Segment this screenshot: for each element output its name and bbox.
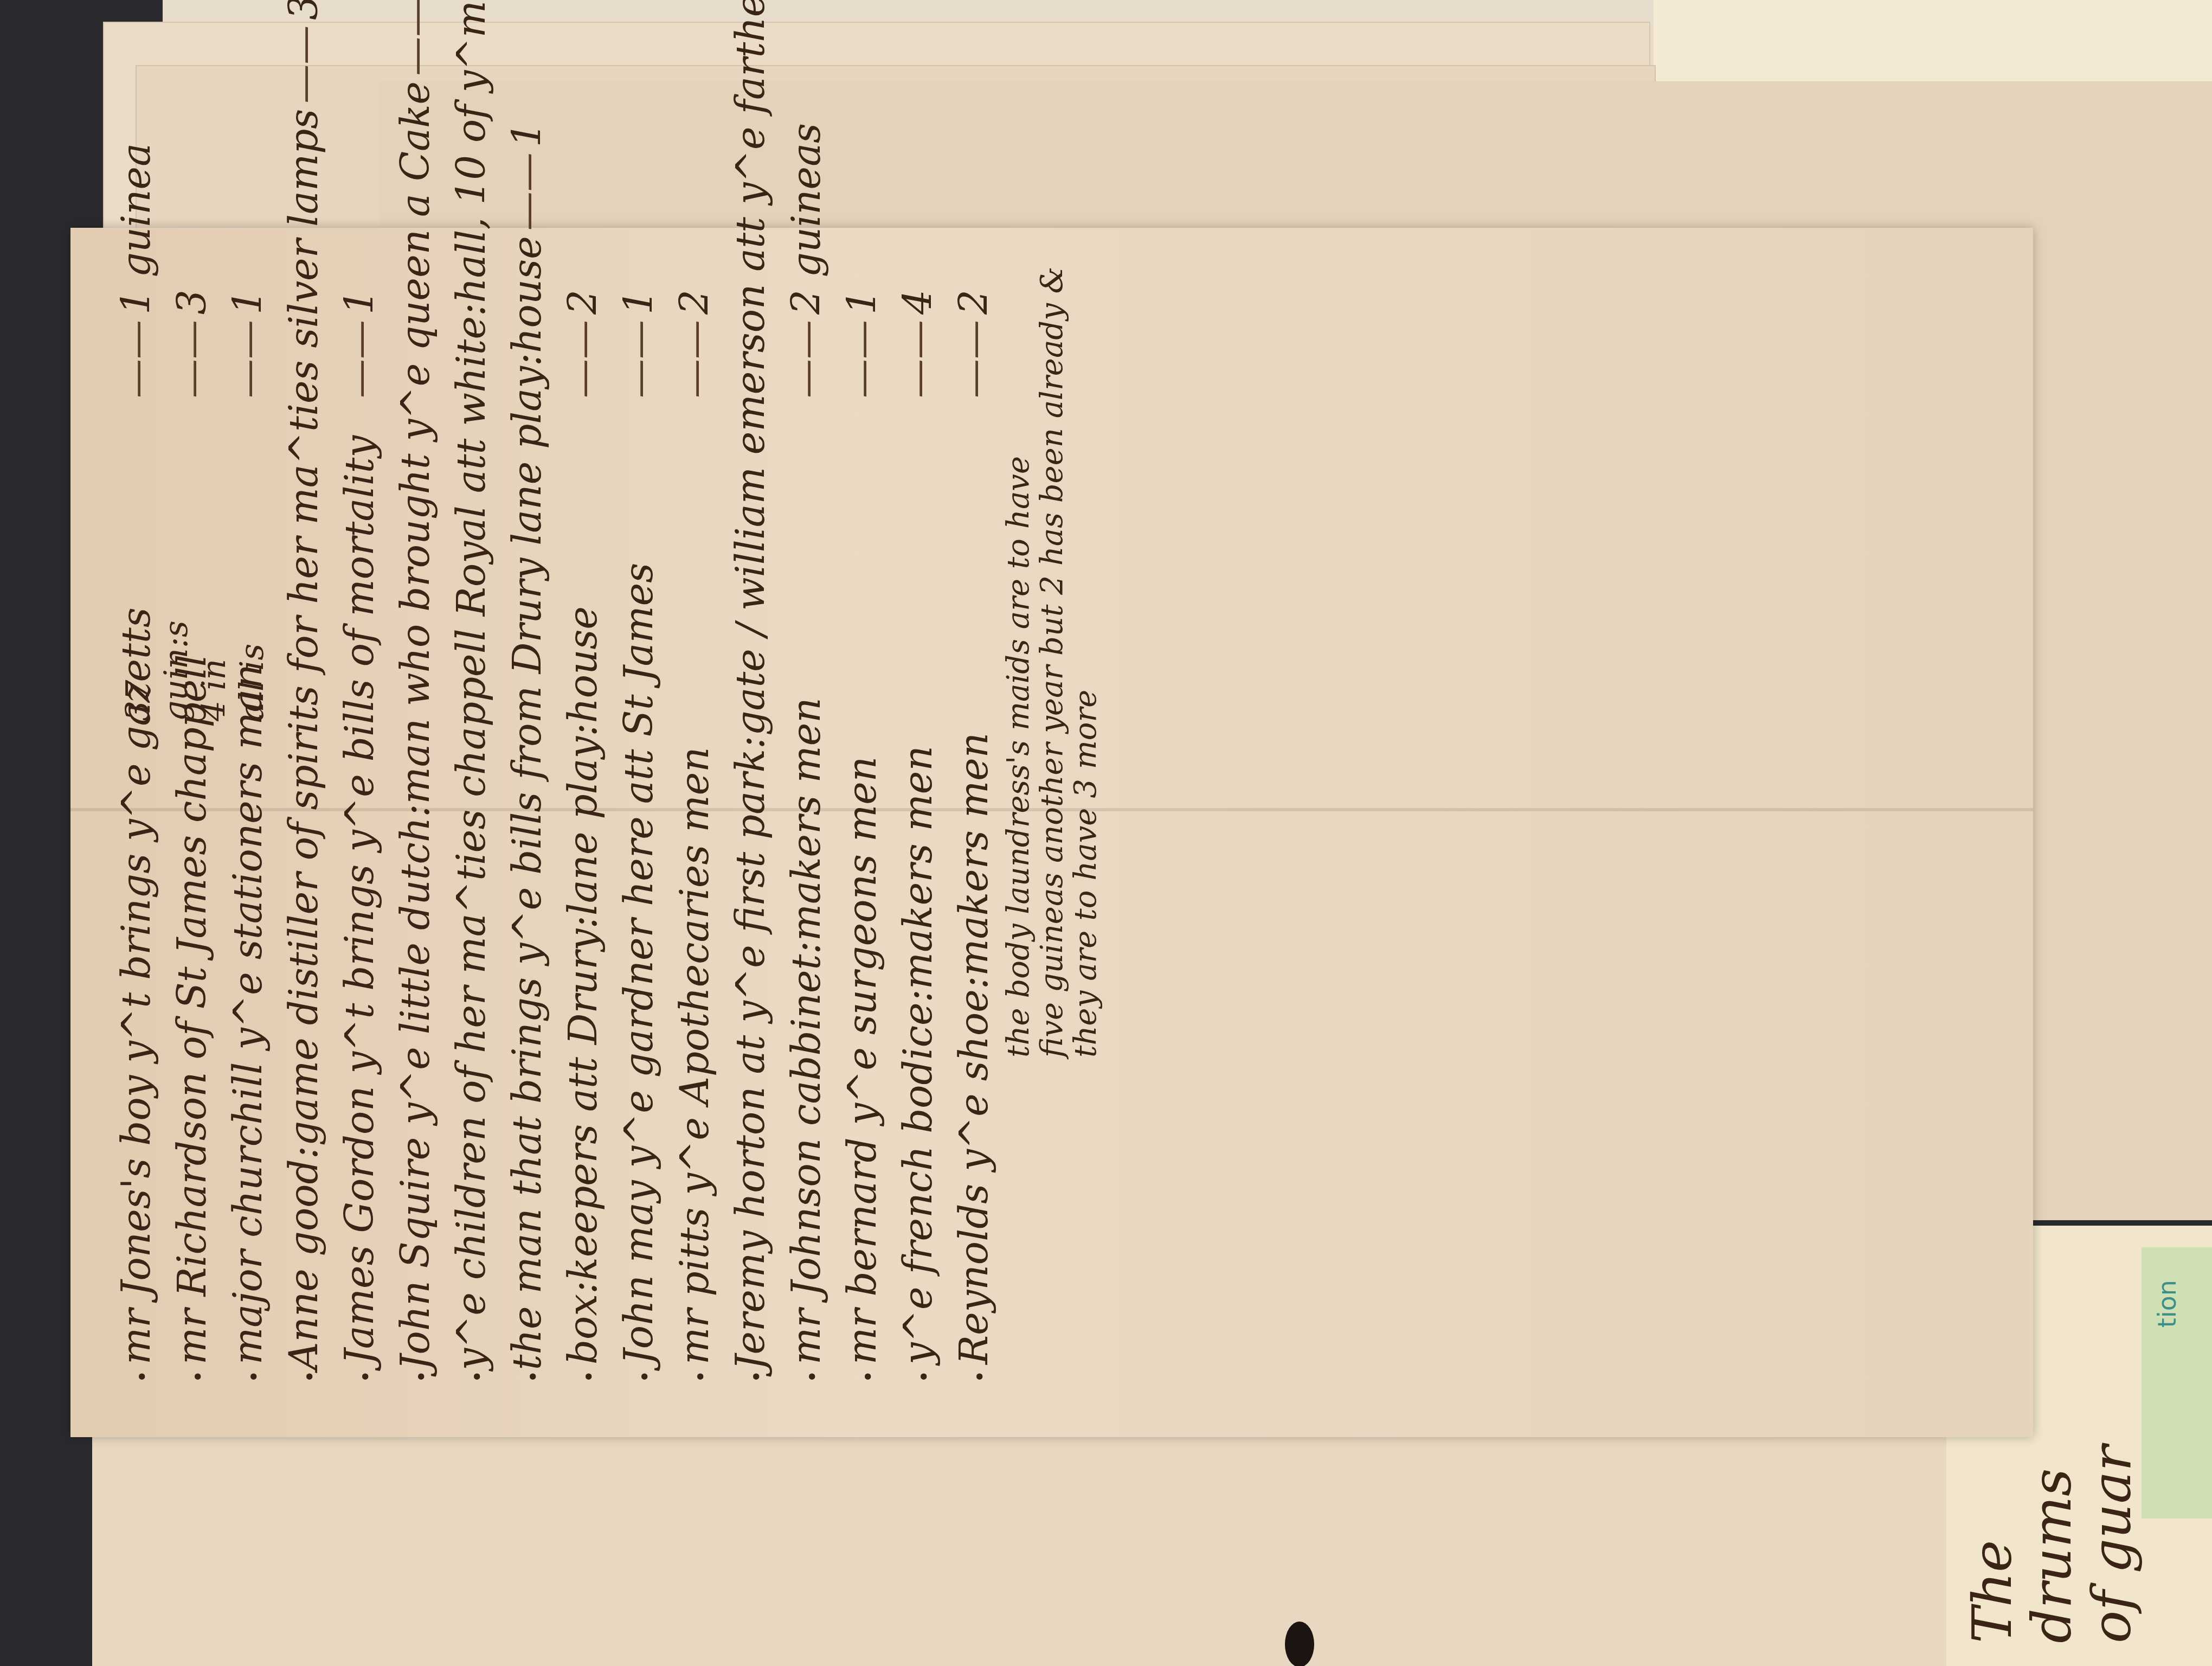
- list-item: •mr bernard y^e surgeons men——1: [834, 217, 890, 1383]
- bullet-icon: •: [953, 1364, 1008, 1383]
- total-figure-1: 37: [119, 680, 157, 721]
- bullet-icon: •: [394, 1370, 450, 1383]
- folder-label: tion: [2142, 1247, 2212, 1518]
- list-item: •Anne good:game distiller of spirits for…: [276, 217, 332, 1383]
- bullet-icon: •: [673, 1364, 729, 1383]
- bullet-icon: •: [562, 1364, 618, 1383]
- ink-blot: [1285, 1622, 1314, 1666]
- bullet-icon: •: [841, 1364, 897, 1383]
- bullet-icon: •: [618, 1364, 673, 1383]
- folder-label-text: tion: [2152, 1280, 2182, 1328]
- closing-note-line-1: the body laundress's maids are to have: [1002, 217, 1036, 1383]
- total-label-1: guin:s: [157, 620, 195, 721]
- list-item: •James Gordon y^t brings y^e bills of mo…: [332, 217, 388, 1383]
- bullet-icon: •: [227, 1364, 282, 1383]
- list-item: •mr pitts y^e Apothecaries men——2: [667, 217, 723, 1383]
- list-item: •box:keepers att Drury:lane play:house——…: [555, 217, 611, 1383]
- bullet-icon: •: [338, 1364, 394, 1383]
- list-item: •mr Jones's boy y^t brings y^e gazetts——…: [108, 217, 164, 1383]
- list-item: •the man that brings y^e bills from Drur…: [499, 217, 555, 1383]
- list-item: •mr Johnson cabbinet:makers men——2 guine…: [779, 217, 834, 1383]
- bullet-icon: •: [171, 1364, 227, 1383]
- list-item: •John may y^e gardner here att St James—…: [611, 217, 667, 1383]
- bullet-icon: •: [282, 1370, 338, 1383]
- total-figure-2: 4: [195, 701, 233, 721]
- bullet-icon: •: [115, 1364, 171, 1383]
- right-page-line-2: of guar: [2082, 1394, 2142, 1643]
- list-item: •John Squire y^e little dutch:man who br…: [388, 217, 443, 1383]
- list-item: •mr Richardson of St James chappell——3: [164, 217, 220, 1383]
- list-item: •Reynolds y^e shoe:makers men——2: [946, 217, 1002, 1383]
- list-item: •major churchill y^e stationers man——1: [220, 217, 276, 1383]
- bullet-icon: •: [450, 1370, 506, 1383]
- bullet-icon: •: [729, 1370, 785, 1383]
- bullet-icon: •: [785, 1364, 841, 1383]
- list-item: •Jeremy horton at y^e first park:gate / …: [723, 217, 779, 1383]
- bullet-icon: •: [897, 1364, 953, 1383]
- list-item: •y^e french bodice:makers men——4: [890, 217, 946, 1383]
- manuscript-writing: •mr Jones's boy y^t brings y^e gazetts——…: [108, 217, 1925, 1383]
- right-page-line-1: The drums: [1963, 1394, 2082, 1643]
- total-tally: 37 guin:s 4 in all is: [119, 635, 271, 721]
- right-page-fragment: The drums of guar: [1963, 1394, 2142, 1643]
- bullet-icon: •: [506, 1370, 562, 1383]
- closing-note-line-2: five guineas another year but 2 has been…: [1036, 217, 1103, 1383]
- lower-page: [92, 1399, 1946, 1666]
- list-item: •y^e children of her ma^ties chappell Ro…: [443, 217, 499, 1383]
